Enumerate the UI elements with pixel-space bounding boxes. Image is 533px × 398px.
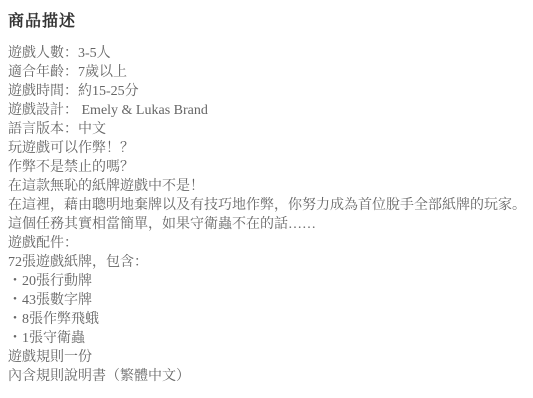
description-line: ・8張作弊飛蛾: [8, 310, 525, 329]
description-text: 遊戲人數：3-5人適合年齡：7歲以上遊戲時間：約15-25分遊戲設計： Emel…: [8, 44, 525, 386]
description-line: ・1張守衛蟲: [8, 329, 525, 348]
description-line: ・20張行動牌: [8, 272, 525, 291]
description-line: 遊戲時間：約15-25分: [8, 82, 525, 101]
section-title: 商品描述: [8, 12, 525, 32]
product-description-section: 商品描述 遊戲人數：3-5人適合年齡：7歲以上遊戲時間：約15-25分遊戲設計：…: [0, 0, 533, 386]
description-line: 72張遊戲紙牌，包含：: [8, 253, 525, 272]
description-line: ・43張數字牌: [8, 291, 525, 310]
description-line: 在這款無恥的紙牌遊戲中不是！: [8, 177, 525, 196]
description-line: 遊戲設計： Emely & Lukas Brand: [8, 101, 525, 120]
description-line: 作弊不是禁止的嗎？: [8, 158, 525, 177]
description-line: 遊戲人數：3-5人: [8, 44, 525, 63]
description-line: 玩遊戲可以作弊！？: [8, 139, 525, 158]
description-line: 語言版本：中文: [8, 120, 525, 139]
description-line: 適合年齡：7歲以上: [8, 63, 525, 82]
description-line: 在這裡，藉由聰明地棄牌以及有技巧地作弊，你努力成為首位脫手全部紙牌的玩家。: [8, 196, 525, 215]
description-line: 遊戲規則一份: [8, 348, 525, 367]
description-line: 這個任務其實相當簡單，如果守衛蟲不在的話……: [8, 215, 525, 234]
description-line: 內含規則說明書（繁體中文）: [8, 367, 525, 386]
description-line: 遊戲配件：: [8, 234, 525, 253]
